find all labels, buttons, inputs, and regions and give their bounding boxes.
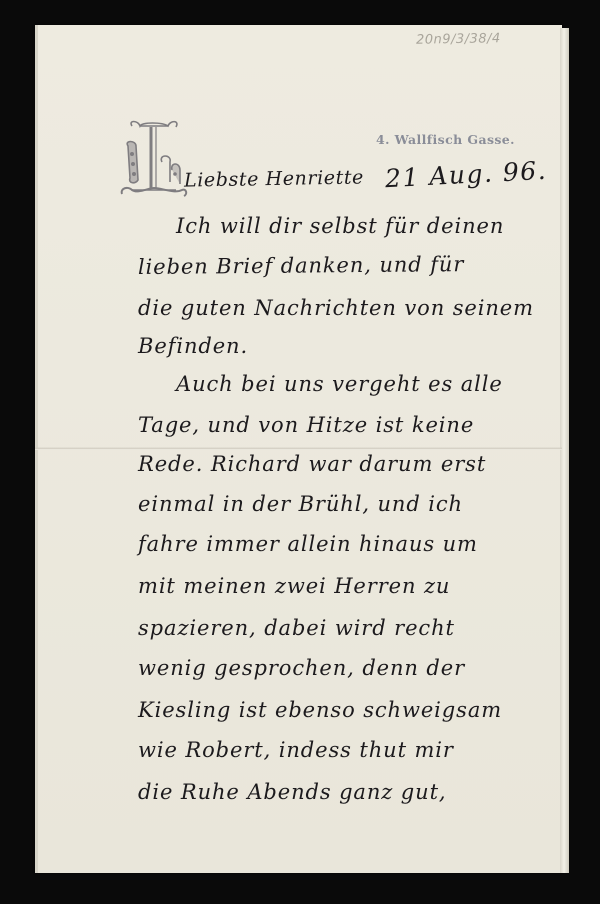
letter-line: Ich will dir selbst für deinen: [176, 214, 504, 238]
letter-line: Auch bei uns vergeht es alle: [176, 372, 503, 396]
letter-line: wie Robert, indess thut mir: [138, 738, 454, 762]
monogram-l-icon: [118, 118, 188, 202]
letter-line: spazieren, dabei wird recht: [138, 616, 455, 640]
letter-line: mit meinen zwei Herren zu: [138, 574, 450, 598]
letter-line: fahre immer allein hinaus um: [138, 532, 478, 556]
salutation: Liebste Henriette: [184, 166, 364, 191]
letter-line: einmal in der Brühl, und ich: [138, 492, 463, 516]
letter-line: Rede. Richard war darum erst: [138, 452, 486, 476]
paper-fold-line: [35, 447, 562, 450]
letter-line: wenig gesprochen, denn der: [138, 656, 465, 680]
page-right-edge: [560, 28, 569, 873]
archive-reference: 20n9/3/38/4: [416, 31, 501, 47]
letter-line: die guten Nachrichten von seinem: [138, 296, 534, 320]
letter-line: Befinden.: [138, 334, 248, 358]
letterhead-address: 4. Wallfisch Gasse.: [376, 132, 515, 147]
letter-line: Tage, und von Hitze ist keine: [138, 413, 474, 437]
letter-line: die Ruhe Abends ganz gut,: [138, 780, 447, 804]
letter-line: lieben Brief danken, und für: [138, 252, 464, 279]
letter-line: Kiesling ist ebenso schweigsam: [138, 698, 502, 722]
